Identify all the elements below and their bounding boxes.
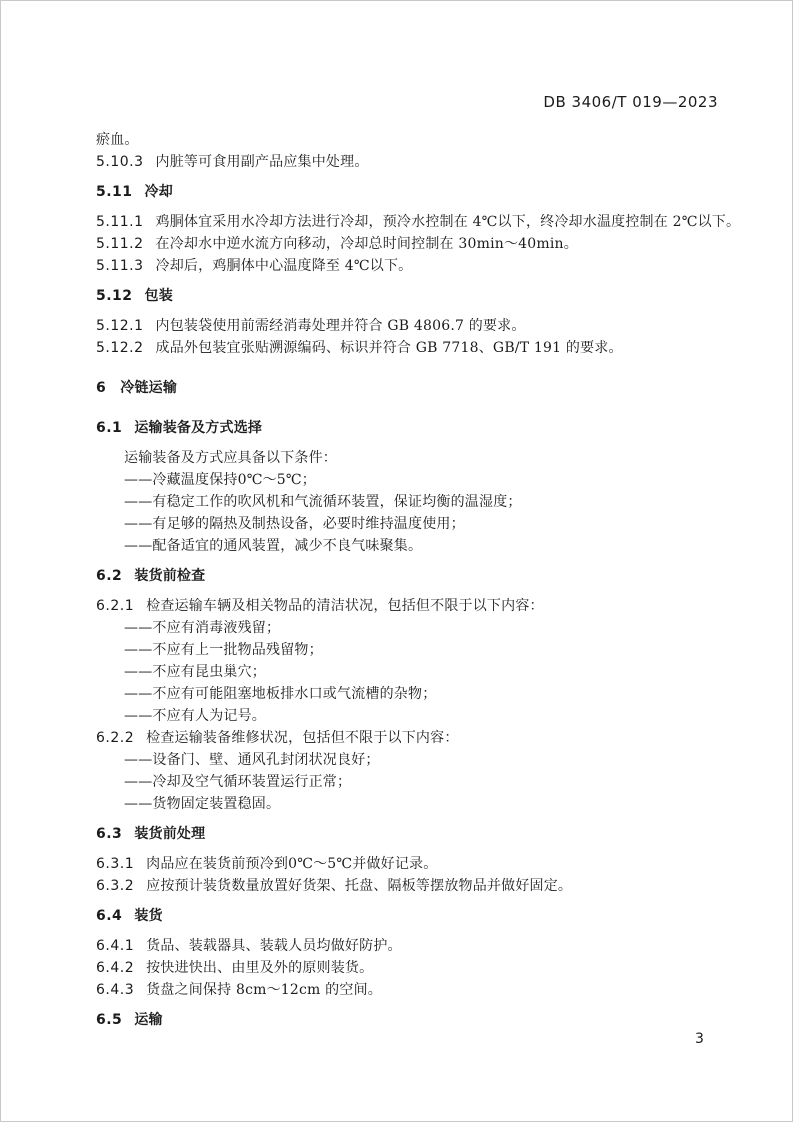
heading-6-5: 6.5运输 (96, 1009, 756, 1031)
heading-text: 冷链运输 (120, 380, 177, 396)
clause-5-11-2: 5.11.2在冷却水中逆水流方向移动，冷却总时间控制在 30min～40min。 (96, 233, 756, 255)
clause-number: 6.3.2 (96, 878, 134, 894)
clause-6-4-1: 6.4.1货品、装载器具、装载人员均做好防护。 (96, 935, 756, 957)
clause-6-3-1: 6.3.1肉品应在装货前预冷到0℃～5℃并做好记录。 (96, 853, 756, 875)
clause-5-12-2: 5.12.2成品外包装宜张贴溯源编码、标识并符合 GB 7718、GB/T 19… (96, 337, 756, 359)
heading-6-1: 6.1运输装备及方式选择 (96, 417, 756, 439)
heading-text: 包装 (145, 288, 173, 304)
heading-number: 6.2 (96, 568, 122, 584)
clause-number: 5.11.1 (96, 214, 144, 230)
heading-number: 6.4 (96, 908, 122, 924)
dash-item: ——不应有可能阻塞地板排水口或气流槽的杂物； (96, 683, 756, 705)
clause-5-11-3: 5.11.3冷却后，鸡胴体中心温度降至 4℃以下。 (96, 255, 756, 277)
heading-6-3: 6.3装货前处理 (96, 823, 756, 845)
clause-number: 5.11.3 (96, 258, 144, 274)
dash-item: ——设备门、壁、通风孔封闭状况良好； (96, 749, 756, 771)
heading-number: 6.1 (96, 420, 122, 436)
clause-number: 6.4.3 (96, 982, 134, 998)
heading-number: 5.12 (96, 288, 133, 304)
dash-item: ——冷藏温度保持0℃～5℃； (96, 469, 756, 491)
clause-number: 5.11.2 (96, 236, 144, 252)
clause-6-2-2: 6.2.2检查运输装备维修状况，包括但不限于以下内容： (96, 727, 756, 749)
heading-number: 6.3 (96, 826, 122, 842)
clause-number: 5.12.1 (96, 318, 144, 334)
clause-number: 6.4.1 (96, 938, 134, 954)
heading-6: 6冷链运输 (96, 377, 756, 399)
heading-5-11: 5.11冷却 (96, 181, 756, 203)
heading-number: 5.11 (96, 184, 133, 200)
heading-6-2: 6.2装货前检查 (96, 565, 756, 587)
dash-item: ——不应有昆虫巢穴； (96, 661, 756, 683)
clause-text: 内脏等可食用副产品应集中处理。 (156, 154, 369, 170)
clause-text: 鸡胴体宜采用水冷却方法进行冷却，预冷水控制在 4℃以下，终冷却水温度控制在 2℃… (156, 214, 741, 230)
clause-6-2-1: 6.2.1检查运输车辆及相关物品的清洁状况，包括但不限于以下内容： (96, 595, 756, 617)
clause-text: 货盘之间保持 8cm～12cm 的空间。 (146, 982, 382, 998)
clause-text: 应按预计装货数量放置好货架、托盘、隔板等摆放物品并做好固定。 (146, 878, 572, 894)
clause-number: 6.4.2 (96, 960, 134, 976)
clause-6-3-2: 6.3.2应按预计装货数量放置好货架、托盘、隔板等摆放物品并做好固定。 (96, 875, 756, 897)
heading-text: 运输 (134, 1012, 162, 1028)
clause-number: 6.2.2 (96, 730, 134, 746)
clause-text: 冷却后，鸡胴体中心温度降至 4℃以下。 (156, 258, 413, 274)
dash-item: ——有稳定工作的吹风机和气流循环装置，保证均衡的温湿度； (96, 491, 756, 513)
clause-text: 货品、装载器具、装载人员均做好防护。 (146, 938, 402, 954)
clause-5-11-1: 5.11.1鸡胴体宜采用水冷却方法进行冷却，预冷水控制在 4℃以下，终冷却水温度… (96, 211, 756, 233)
clause-text: 检查运输车辆及相关物品的清洁状况，包括但不限于以下内容： (146, 598, 544, 614)
page-number: 3 (695, 1031, 704, 1047)
clause-text: 肉品应在装货前预冷到0℃～5℃并做好记录。 (146, 856, 437, 872)
dash-item: ——冷却及空气循环装置运行正常； (96, 771, 756, 793)
heading-number: 6.5 (96, 1012, 122, 1028)
lead-in-paragraph: 运输装备及方式应具备以下条件： (96, 447, 756, 469)
heading-text: 冷却 (145, 184, 173, 200)
heading-text: 装货 (134, 908, 162, 924)
heading-text: 装货前处理 (134, 826, 205, 842)
clause-text: 按快进快出、由里及外的原则装货。 (146, 960, 373, 976)
clause-text: 在冷却水中逆水流方向移动，冷却总时间控制在 30min～40min。 (156, 236, 578, 252)
dash-item: ——不应有人为记号。 (96, 705, 756, 727)
heading-5-12: 5.12包装 (96, 285, 756, 307)
dash-item: ——有足够的隔热及制热设备，必要时维持温度使用； (96, 513, 756, 535)
clause-number: 6.2.1 (96, 598, 134, 614)
clause-5-12-1: 5.12.1内包装袋使用前需经消毒处理并符合 GB 4806.7 的要求。 (96, 315, 756, 337)
clause-text: 检查运输装备维修状况，包括但不限于以下内容： (146, 730, 458, 746)
standard-code-header: DB 3406/T 019—2023 (96, 93, 718, 111)
clause-text: 内包装袋使用前需经消毒处理并符合 GB 4806.7 的要求。 (156, 318, 526, 334)
clause-6-4-3: 6.4.3货盘之间保持 8cm～12cm 的空间。 (96, 979, 756, 1001)
clause-6-4-2: 6.4.2按快进快出、由里及外的原则装货。 (96, 957, 756, 979)
dash-item: ——配备适宜的通风装置，减少不良气味聚集。 (96, 535, 756, 557)
dash-item: ——不应有上一批物品残留物； (96, 639, 756, 661)
dash-item: ——不应有消毒液残留； (96, 617, 756, 639)
clause-text: 成品外包装宜张贴溯源编码、标识并符合 GB 7718、GB/T 191 的要求。 (156, 340, 623, 356)
dash-item: ——货物固定装置稳固。 (96, 793, 756, 815)
clause-number: 6.3.1 (96, 856, 134, 872)
document-body: 瘀血。 5.10.3内脏等可食用副产品应集中处理。 5.11冷却 5.11.1鸡… (96, 129, 756, 1039)
heading-text: 装货前检查 (134, 568, 205, 584)
clause-number: 5.12.2 (96, 340, 144, 356)
document-page: DB 3406/T 019—2023 瘀血。 5.10.3内脏等可食用副产品应集… (0, 0, 793, 1122)
heading-number: 6 (96, 380, 106, 396)
heading-text: 运输装备及方式选择 (134, 420, 262, 436)
paragraph-continuation: 瘀血。 (96, 129, 756, 151)
heading-6-4: 6.4装货 (96, 905, 756, 927)
clause-number: 5.10.3 (96, 154, 144, 170)
clause-5-10-3: 5.10.3内脏等可食用副产品应集中处理。 (96, 151, 756, 173)
